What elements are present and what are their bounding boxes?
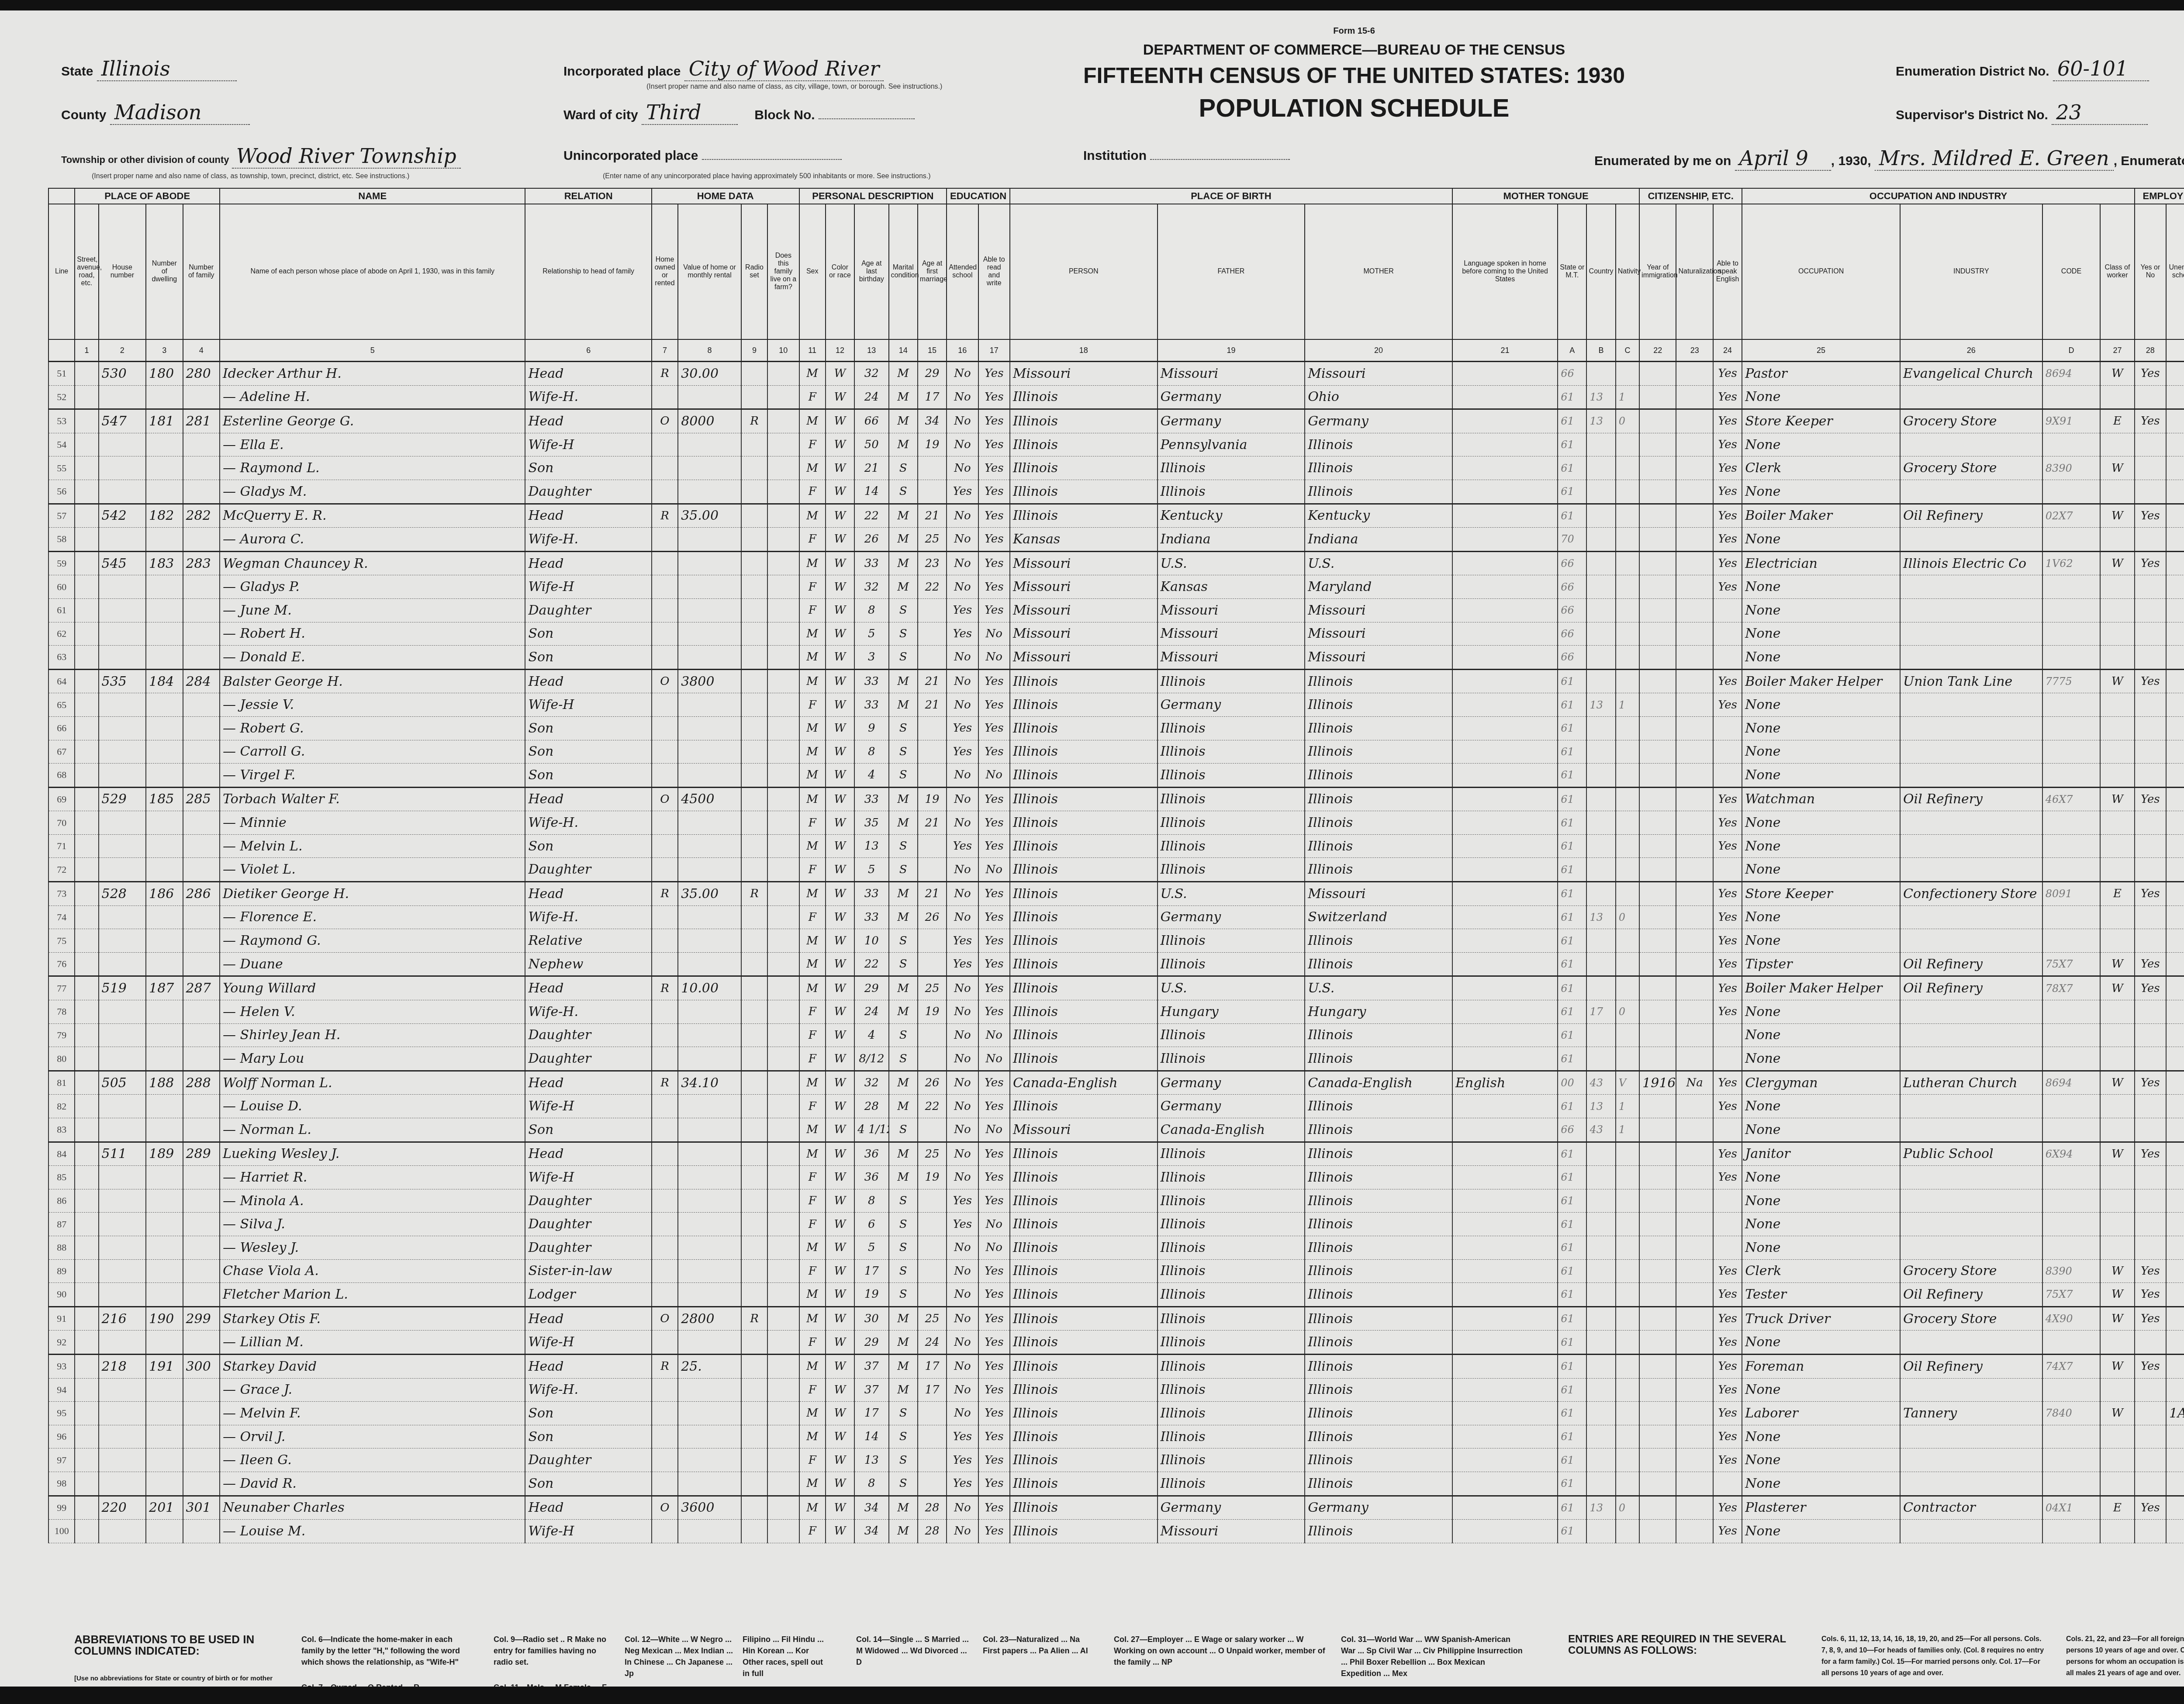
cell-dwelling — [146, 1283, 183, 1307]
cell-birth-person: Illinois — [1010, 433, 1158, 456]
cell-farm — [767, 1448, 799, 1472]
cell-age: 24 — [854, 385, 888, 409]
cell-value — [678, 1095, 741, 1118]
cell-code-a: 61 — [1558, 1378, 1586, 1402]
cell-birth-person: Illinois — [1010, 480, 1158, 504]
cell-immig — [1639, 787, 1676, 811]
group-personal-description: PERSONAL DESCRIPTION — [799, 188, 947, 204]
cell-farm — [767, 1283, 799, 1307]
cell-industry: Lutheran Church — [1900, 1071, 2042, 1095]
cell-street — [75, 811, 98, 835]
cell-birth-father: Illinois — [1158, 1307, 1305, 1331]
cell-natur — [1676, 575, 1713, 599]
cell-code-b — [1586, 1378, 1615, 1402]
cell-line: 64 — [48, 669, 75, 693]
cell-birth-mother: Illinois — [1305, 1189, 1452, 1213]
cell-occ-code — [2042, 1378, 2101, 1402]
cell-read: Yes — [978, 1259, 1010, 1283]
cell-house — [99, 646, 146, 670]
cell-unemp — [2166, 385, 2184, 409]
cell-occ-code — [2042, 906, 2101, 929]
sd-label: Supervisor's District No. — [1896, 108, 2048, 122]
cell-unemp — [2166, 528, 2184, 552]
cell-family: 300 — [183, 1354, 220, 1378]
cell-language — [1452, 834, 1558, 858]
cell-school: Yes — [947, 834, 978, 858]
cell-dwelling — [146, 1259, 183, 1283]
cell-name: Wolff Norman L. — [220, 1071, 525, 1095]
cell-owned — [652, 480, 678, 504]
cell-age-marriage: 21 — [918, 882, 947, 906]
cell-industry — [1900, 575, 2042, 599]
cell-marital: S — [889, 1118, 918, 1142]
column-label: Name of each person whose place of abode… — [220, 204, 525, 339]
cell-dwelling: 183 — [146, 551, 183, 575]
column-number: 27 — [2100, 339, 2134, 362]
cell-line: 66 — [48, 716, 75, 740]
cell-birth-mother: Illinois — [1305, 456, 1452, 480]
cell-code-c — [1616, 787, 1639, 811]
cell-marital: M — [889, 1095, 918, 1118]
cell-occ-code — [2042, 811, 2101, 835]
cell-occ-code: 02X7 — [2042, 504, 2101, 528]
cell-street — [75, 385, 98, 409]
cell-language — [1452, 1166, 1558, 1189]
cell-house — [99, 1378, 146, 1402]
cell-age: 24 — [854, 1000, 888, 1024]
cell-sex: F — [799, 858, 826, 882]
incorporated-label: Incorporated place — [563, 64, 681, 79]
cell-dwelling — [146, 1213, 183, 1236]
cell-farm — [767, 952, 799, 976]
cell-age: 17 — [854, 1259, 888, 1283]
cell-language — [1452, 669, 1558, 693]
cell-occ-code — [2042, 433, 2101, 456]
cell-name: — Silva J. — [220, 1213, 525, 1236]
cell-birth-father: Illinois — [1158, 1236, 1305, 1259]
column-label: Year of immigration — [1639, 204, 1676, 339]
cell-street — [75, 646, 98, 670]
cell-age: 32 — [854, 575, 888, 599]
census-row: 99220201301Neunaber CharlesHeadO3600MW34… — [48, 1496, 2184, 1520]
cell-code-b: 13 — [1586, 409, 1615, 433]
cell-birth-father: Illinois — [1158, 1331, 1305, 1355]
cell-school: No — [947, 385, 978, 409]
cell-age: 22 — [854, 504, 888, 528]
cell-family — [183, 716, 220, 740]
cell-value — [678, 622, 741, 646]
column-label: Line — [48, 204, 75, 339]
cell-name: Wegman Chauncey R. — [220, 551, 525, 575]
cell-code-b — [1586, 764, 1615, 788]
cell-school: No — [947, 976, 978, 1000]
cell-employed — [2135, 480, 2166, 504]
cell-sex: M — [799, 1142, 826, 1166]
column-number-row: 123456789101112131415161718192021ABC2223… — [48, 339, 2184, 362]
cell-code-a: 61 — [1558, 834, 1586, 858]
cell-house — [99, 811, 146, 835]
cell-english: Yes — [1713, 1071, 1742, 1095]
cell-class — [2100, 575, 2134, 599]
cell-immig — [1639, 1189, 1676, 1213]
township-value: Wood River Township — [232, 144, 461, 169]
census-row: 54— Ella E.Wife-HFW50M19NoYesIllinoisPen… — [48, 433, 2184, 456]
cell-age: 22 — [854, 952, 888, 976]
cell-race: W — [826, 1378, 854, 1402]
cell-dwelling: 184 — [146, 669, 183, 693]
cell-relation: Nephew — [525, 952, 651, 976]
cell-occupation: None — [1742, 1472, 1900, 1496]
cell-owned: O — [652, 787, 678, 811]
cell-birth-person: Illinois — [1010, 1023, 1158, 1047]
cell-language — [1452, 764, 1558, 788]
cell-sex: M — [799, 1354, 826, 1378]
cell-english: Yes — [1713, 906, 1742, 929]
cell-dwelling — [146, 952, 183, 976]
cell-family — [183, 1236, 220, 1259]
cell-relation: Son — [525, 834, 651, 858]
cell-relation: Head — [525, 1354, 651, 1378]
cell-school: Yes — [947, 740, 978, 764]
column-number: 12 — [826, 339, 854, 362]
cell-natur — [1676, 811, 1713, 835]
cell-immig — [1639, 1166, 1676, 1189]
township-field: Township or other division of county Woo… — [61, 144, 542, 169]
cell-language — [1452, 551, 1558, 575]
cell-immig — [1639, 409, 1676, 433]
cell-radio — [741, 1448, 767, 1472]
cell-unemp — [2166, 598, 2184, 622]
cell-industry — [1900, 480, 2042, 504]
cell-birth-father: Missouri — [1158, 1520, 1305, 1543]
cell-industry — [1900, 1425, 2042, 1448]
cell-birth-person: Illinois — [1010, 858, 1158, 882]
column-label: INDUSTRY — [1900, 204, 2042, 339]
cell-name: — Robert H. — [220, 622, 525, 646]
cell-farm — [767, 1142, 799, 1166]
cell-class — [2100, 1472, 2134, 1496]
cell-age-marriage: 25 — [918, 976, 947, 1000]
cell-school: Yes — [947, 1189, 978, 1213]
census-row: 89Chase Viola A.Sister-in-lawFW17SNoYesI… — [48, 1259, 2184, 1283]
cell-marital: S — [889, 1047, 918, 1071]
cell-relation: Head — [525, 1496, 651, 1520]
cell-code-a: 61 — [1558, 433, 1586, 456]
cell-natur — [1676, 834, 1713, 858]
cell-birth-mother: Germany — [1305, 1496, 1452, 1520]
cell-employed — [2135, 575, 2166, 599]
enumerated-label: Enumerated by me on — [1594, 154, 1731, 168]
cell-age: 6 — [854, 1213, 888, 1236]
cell-dwelling — [146, 598, 183, 622]
cell-language — [1452, 456, 1558, 480]
column-number: 14 — [889, 339, 918, 362]
cell-owned: R — [652, 976, 678, 1000]
cell-street — [75, 528, 98, 552]
cell-language — [1452, 1023, 1558, 1047]
cell-age-marriage — [918, 834, 947, 858]
cell-unemp — [2166, 1425, 2184, 1448]
cell-relation: Head — [525, 787, 651, 811]
cell-value — [678, 1402, 741, 1425]
census-row: 81505188288Wolff Norman L.HeadR34.10MW32… — [48, 1071, 2184, 1095]
cell-industry: Grocery Store — [1900, 1259, 2042, 1283]
cell-unemp — [2166, 1448, 2184, 1472]
cell-age-marriage: 28 — [918, 1496, 947, 1520]
cell-value — [678, 646, 741, 670]
cell-age-marriage: 34 — [918, 409, 947, 433]
cell-code-b — [1586, 1023, 1615, 1047]
cell-marital: S — [889, 646, 918, 670]
cell-occ-code — [2042, 1425, 2101, 1448]
cell-age: 8 — [854, 1472, 888, 1496]
cell-occupation: None — [1742, 906, 1900, 929]
cell-english: Yes — [1713, 834, 1742, 858]
cell-occupation: None — [1742, 740, 1900, 764]
cell-code-a: 61 — [1558, 1496, 1586, 1520]
cell-owned — [652, 1095, 678, 1118]
cell-race: W — [826, 858, 854, 882]
cell-natur — [1676, 598, 1713, 622]
census-row: 60— Gladys P.Wife-HFW32M22NoYesMissouriK… — [48, 575, 2184, 599]
cell-birth-mother: Illinois — [1305, 1378, 1452, 1402]
cell-street — [75, 1142, 98, 1166]
cell-race: W — [826, 409, 854, 433]
cell-school: No — [947, 669, 978, 693]
cell-class — [2100, 1448, 2134, 1472]
column-number: 9 — [741, 339, 767, 362]
cell-race: W — [826, 575, 854, 599]
cell-sex: F — [799, 528, 826, 552]
cell-immig — [1639, 693, 1676, 717]
cell-relation: Head — [525, 1307, 651, 1331]
cell-class — [2100, 1189, 2134, 1213]
cell-age-marriage: 26 — [918, 1071, 947, 1095]
cell-industry: Grocery Store — [1900, 1307, 2042, 1331]
cell-class: W — [2100, 952, 2134, 976]
cell-house — [99, 1425, 146, 1448]
cell-class — [2100, 646, 2134, 670]
cell-code-a: 61 — [1558, 1095, 1586, 1118]
cell-family — [183, 598, 220, 622]
cell-english: Yes — [1713, 1307, 1742, 1331]
cell-sex: M — [799, 764, 826, 788]
column-label: Relationship to head of family — [525, 204, 651, 339]
cell-relation: Wife-H — [525, 1520, 651, 1543]
cell-farm — [767, 1259, 799, 1283]
cell-immig — [1639, 1307, 1676, 1331]
cell-race: W — [826, 669, 854, 693]
cell-birth-mother: Illinois — [1305, 1166, 1452, 1189]
cell-employed: Yes — [2135, 787, 2166, 811]
cell-code-b: 43 — [1586, 1071, 1615, 1095]
cell-street — [75, 906, 98, 929]
cell-english: Yes — [1713, 693, 1742, 717]
cell-occupation: Store Keeper — [1742, 409, 1900, 433]
cell-line: 68 — [48, 764, 75, 788]
cell-birth-father: Illinois — [1158, 740, 1305, 764]
cell-marital: M — [889, 1354, 918, 1378]
cell-value: 30.00 — [678, 362, 741, 386]
cell-line: 70 — [48, 811, 75, 835]
cell-unemp — [2166, 646, 2184, 670]
cell-line: 81 — [48, 1071, 75, 1095]
cell-dwelling: 201 — [146, 1496, 183, 1520]
cell-occ-code — [2042, 575, 2101, 599]
cell-radio: R — [741, 409, 767, 433]
cell-unemp — [2166, 858, 2184, 882]
column-number: 16 — [947, 339, 978, 362]
cell-marital: M — [889, 1378, 918, 1402]
cell-code-a: 61 — [1558, 1307, 1586, 1331]
col12-note: Col. 12—White ... W Negro ... Neg Mexica… — [625, 1634, 734, 1679]
cell-birth-person: Illinois — [1010, 1354, 1158, 1378]
cell-age-marriage — [918, 1236, 947, 1259]
cell-relation: Son — [525, 456, 651, 480]
cell-value — [678, 1000, 741, 1024]
cell-employed: Yes — [2135, 1496, 2166, 1520]
cell-industry: Evangelical Church — [1900, 362, 2042, 386]
cell-industry — [1900, 764, 2042, 788]
cell-street — [75, 1472, 98, 1496]
cell-family: 285 — [183, 787, 220, 811]
cell-age-marriage: 19 — [918, 787, 947, 811]
cell-radio — [741, 385, 767, 409]
cell-family — [183, 1259, 220, 1283]
cell-employed — [2135, 622, 2166, 646]
cell-code-c — [1616, 669, 1639, 693]
cell-family — [183, 1402, 220, 1425]
cell-unemp — [2166, 1071, 2184, 1095]
cell-house — [99, 575, 146, 599]
cell-unemp — [2166, 1023, 2184, 1047]
entries-required-left: Cols. 6, 11, 12, 13, 14, 16, 18, 19, 20,… — [1821, 1634, 2049, 1679]
cell-radio — [741, 1259, 767, 1283]
cell-language — [1452, 740, 1558, 764]
cell-code-a: 61 — [1558, 669, 1586, 693]
cell-dwelling — [146, 693, 183, 717]
cell-code-c — [1616, 362, 1639, 386]
cell-birth-mother: Illinois — [1305, 787, 1452, 811]
cell-code-b: 43 — [1586, 1118, 1615, 1142]
cell-language — [1452, 882, 1558, 906]
column-label: Able to read and write — [978, 204, 1010, 339]
cell-code-a: 61 — [1558, 1047, 1586, 1071]
cell-birth-person: Illinois — [1010, 504, 1158, 528]
cell-race: W — [826, 1307, 854, 1331]
cell-code-a: 66 — [1558, 646, 1586, 670]
cell-industry: Grocery Store — [1900, 409, 2042, 433]
cell-code-a: 61 — [1558, 1023, 1586, 1047]
cell-school: No — [947, 551, 978, 575]
column-label: CODE — [2042, 204, 2101, 339]
cell-english: Yes — [1713, 1520, 1742, 1543]
cell-occupation: None — [1742, 575, 1900, 599]
cell-race: W — [826, 1000, 854, 1024]
cell-occ-code: 8390 — [2042, 1259, 2101, 1283]
cell-name: — Gladys P. — [220, 575, 525, 599]
census-row: 68— Virgel F.SonMW4SNoNoIllinoisIllinois… — [48, 764, 2184, 788]
cell-marital: M — [889, 906, 918, 929]
cell-marital: M — [889, 362, 918, 386]
column-number: 21 — [1452, 339, 1558, 362]
cell-read: Yes — [978, 1496, 1010, 1520]
cell-value — [678, 551, 741, 575]
cell-farm — [767, 1047, 799, 1071]
cell-english — [1713, 740, 1742, 764]
cell-radio — [741, 1047, 767, 1071]
cell-birth-father: Illinois — [1158, 787, 1305, 811]
cell-farm — [767, 622, 799, 646]
cell-age: 8 — [854, 740, 888, 764]
cell-employed — [2135, 528, 2166, 552]
cell-birth-person: Illinois — [1010, 1000, 1158, 1024]
cell-code-c — [1616, 598, 1639, 622]
cell-age-marriage: 25 — [918, 528, 947, 552]
cell-employed — [2135, 858, 2166, 882]
cell-age-marriage — [918, 1047, 947, 1071]
cell-marital: M — [889, 1307, 918, 1331]
cell-relation: Wife-H. — [525, 1378, 651, 1402]
census-row: 97— Ileen G.DaughterFW13SYesYesIllinoisI… — [48, 1448, 2184, 1472]
cell-english — [1713, 764, 1742, 788]
cell-street — [75, 575, 98, 599]
cell-class: W — [2100, 456, 2134, 480]
cell-dwelling — [146, 858, 183, 882]
cell-code-b — [1586, 362, 1615, 386]
cell-marital: M — [889, 528, 918, 552]
cell-code-a: 61 — [1558, 976, 1586, 1000]
cell-name: — Melvin F. — [220, 1402, 525, 1425]
census-row: 96— Orvil J.SonMW14SYesYesIllinoisIllino… — [48, 1425, 2184, 1448]
cell-birth-mother: Illinois — [1305, 1236, 1452, 1259]
column-number: 1 — [75, 339, 98, 362]
cell-school: No — [947, 1520, 978, 1543]
cell-value — [678, 480, 741, 504]
cell-read: Yes — [978, 362, 1010, 386]
ward-value: Third — [642, 100, 738, 125]
cell-code-b — [1586, 1213, 1615, 1236]
column-number: 15 — [918, 339, 947, 362]
cell-radio — [741, 1095, 767, 1118]
cell-language — [1452, 1496, 1558, 1520]
cell-owned — [652, 1520, 678, 1543]
cell-sex: M — [799, 622, 826, 646]
cell-occupation: None — [1742, 716, 1900, 740]
cell-family — [183, 646, 220, 670]
sd-value: 23 — [2052, 100, 2148, 125]
cell-line: 56 — [48, 480, 75, 504]
cell-house — [99, 456, 146, 480]
cell-natur — [1676, 1166, 1713, 1189]
cell-house: 511 — [99, 1142, 146, 1166]
cell-birth-mother: Maryland — [1305, 575, 1452, 599]
cell-relation: Wife-H. — [525, 906, 651, 929]
cell-industry — [1900, 1166, 2042, 1189]
cell-industry: Oil Refinery — [1900, 504, 2042, 528]
cell-race: W — [826, 1331, 854, 1355]
cell-code-a: 61 — [1558, 1142, 1586, 1166]
cell-farm — [767, 1496, 799, 1520]
cell-immig — [1639, 882, 1676, 906]
cell-language — [1452, 362, 1558, 386]
cell-english: Yes — [1713, 433, 1742, 456]
block-value — [819, 118, 915, 119]
cell-school: Yes — [947, 716, 978, 740]
cell-birth-person: Illinois — [1010, 1378, 1158, 1402]
cell-value — [678, 1331, 741, 1355]
cell-class — [2100, 433, 2134, 456]
